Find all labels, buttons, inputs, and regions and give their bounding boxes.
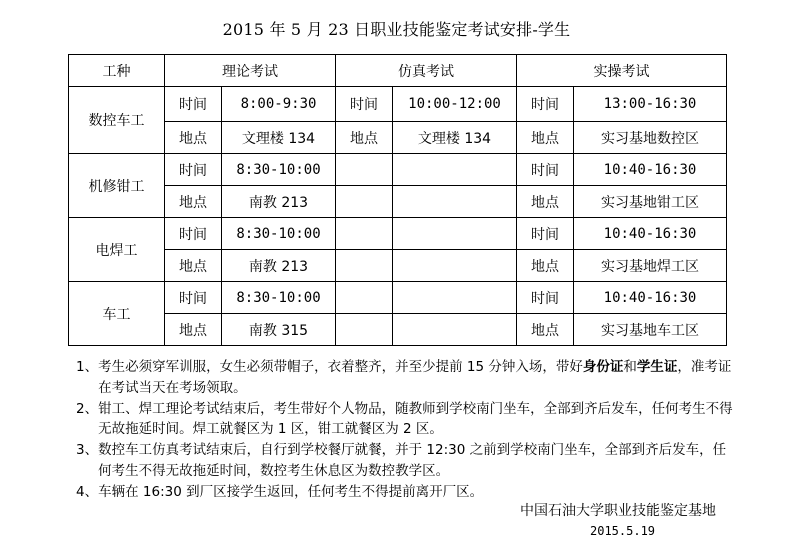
empty-cell — [393, 154, 517, 186]
time-label: 时间 — [336, 87, 393, 122]
practical-place: 实习基地数控区 — [574, 122, 727, 154]
practical-time: 13:00-16:30 — [574, 87, 727, 122]
note-text-part: 考生必须穿军训服，女生必须带帽子，衣着整齐，并至少提前 15 分钟入场，带好 — [98, 359, 583, 375]
time-label: 时间 — [165, 87, 222, 122]
theory-place: 南教 213 — [222, 186, 336, 218]
note-number: 3、 — [76, 440, 98, 482]
time-label: 时间 — [165, 282, 222, 314]
empty-cell — [336, 282, 393, 314]
note-item: 1、 考生必须穿军训服，女生必须带帽子，衣着整齐，并至少提前 15 分钟入场，带… — [76, 357, 736, 399]
table-row: 车工 时间 8:30-10:00 时间 10:40-16:30 — [69, 282, 727, 314]
empty-cell — [336, 186, 393, 218]
time-label: 时间 — [517, 282, 574, 314]
trade-cell: 车工 — [69, 282, 165, 346]
empty-cell — [393, 282, 517, 314]
note-number: 4、 — [76, 482, 98, 503]
theory-time: 8:30-10:00 — [222, 154, 336, 186]
signature-date: 2015.5.19 — [590, 524, 655, 538]
empty-cell — [393, 218, 517, 250]
theory-place: 文理楼 134 — [222, 122, 336, 154]
place-label: 地点 — [517, 250, 574, 282]
place-label: 地点 — [517, 122, 574, 154]
note-number: 1、 — [76, 357, 98, 399]
simulation-time: 10:00-12:00 — [393, 87, 517, 122]
table-row: 数控车工 时间 8:00-9:30 时间 10:00-12:00 时间 13:0… — [69, 87, 727, 122]
place-label: 地点 — [165, 250, 222, 282]
note-text: 考生必须穿军训服，女生必须带帽子，衣着整齐，并至少提前 15 分钟入场，带好身份… — [98, 357, 736, 399]
place-label: 地点 — [165, 122, 222, 154]
note-number: 2、 — [76, 399, 98, 441]
note-text: 钳工、焊工理论考试结束后，考生带好个人物品，随教师到学校南门坐车，全部到齐后发车… — [98, 399, 736, 441]
practical-time: 10:40-16:30 — [574, 154, 727, 186]
place-label: 地点 — [336, 122, 393, 154]
trade-cell: 数控车工 — [69, 87, 165, 154]
table-row: 电焊工 时间 8:30-10:00 时间 10:40-16:30 — [69, 218, 727, 250]
table-row: 地点 文理楼 134 地点 文理楼 134 地点 实习基地数控区 — [69, 122, 727, 154]
header-theory: 理论考试 — [165, 55, 336, 87]
header-practical: 实操考试 — [517, 55, 727, 87]
empty-cell — [393, 250, 517, 282]
place-label: 地点 — [517, 314, 574, 346]
table-row: 地点 南教 213 地点 实习基地焊工区 — [69, 250, 727, 282]
time-label: 时间 — [517, 218, 574, 250]
exam-schedule-table: 工种 理论考试 仿真考试 实操考试 数控车工 时间 8:00-9:30 时间 1… — [68, 54, 727, 346]
empty-cell — [393, 186, 517, 218]
theory-place: 南教 213 — [222, 250, 336, 282]
empty-cell — [336, 250, 393, 282]
trade-cell: 电焊工 — [69, 218, 165, 282]
practical-time: 10:40-16:30 — [574, 282, 727, 314]
table-row: 机修钳工 时间 8:30-10:00 时间 10:40-16:30 — [69, 154, 727, 186]
note-item: 2、 钳工、焊工理论考试结束后，考生带好个人物品，随教师到学校南门坐车，全部到齐… — [76, 399, 736, 441]
practical-time: 10:40-16:30 — [574, 218, 727, 250]
table-header-row: 工种 理论考试 仿真考试 实操考试 — [69, 55, 727, 87]
theory-place: 南教 315 — [222, 314, 336, 346]
time-label: 时间 — [165, 154, 222, 186]
page-title: 2015 年 5 月 23 日职业技能鉴定考试安排-学生 — [0, 17, 793, 40]
table-row: 地点 南教 213 地点 实习基地钳工区 — [69, 186, 727, 218]
table-row: 地点 南教 315 地点 实习基地车工区 — [69, 314, 727, 346]
time-label: 时间 — [165, 218, 222, 250]
empty-cell — [336, 154, 393, 186]
empty-cell — [336, 314, 393, 346]
time-label: 时间 — [517, 87, 574, 122]
trade-cell: 机修钳工 — [69, 154, 165, 218]
signature-organization: 中国石油大学职业技能鉴定基地 — [520, 500, 716, 520]
place-label: 地点 — [165, 314, 222, 346]
note-text-part: 和 — [623, 359, 637, 375]
empty-cell — [393, 314, 517, 346]
theory-time: 8:00-9:30 — [222, 87, 336, 122]
practical-place: 实习基地车工区 — [574, 314, 727, 346]
place-label: 地点 — [517, 186, 574, 218]
place-label: 地点 — [165, 186, 222, 218]
notes-list: 1、 考生必须穿军训服，女生必须带帽子，衣着整齐，并至少提前 15 分钟入场，带… — [76, 357, 736, 503]
time-label: 时间 — [517, 154, 574, 186]
id-card-emphasis: 身份证 — [583, 359, 624, 375]
practical-place: 实习基地焊工区 — [574, 250, 727, 282]
note-text: 数控车工仿真考试结束后，自行到学校餐厅就餐，并于 12:30 之前到学校南门坐车… — [98, 440, 736, 482]
simulation-place: 文理楼 134 — [393, 122, 517, 154]
header-trade: 工种 — [69, 55, 165, 87]
theory-time: 8:30-10:00 — [222, 218, 336, 250]
empty-cell — [336, 218, 393, 250]
practical-place: 实习基地钳工区 — [574, 186, 727, 218]
theory-time: 8:30-10:00 — [222, 282, 336, 314]
header-simulation: 仿真考试 — [336, 55, 517, 87]
student-card-emphasis: 学生证 — [637, 359, 678, 375]
note-item: 3、 数控车工仿真考试结束后，自行到学校餐厅就餐，并于 12:30 之前到学校南… — [76, 440, 736, 482]
